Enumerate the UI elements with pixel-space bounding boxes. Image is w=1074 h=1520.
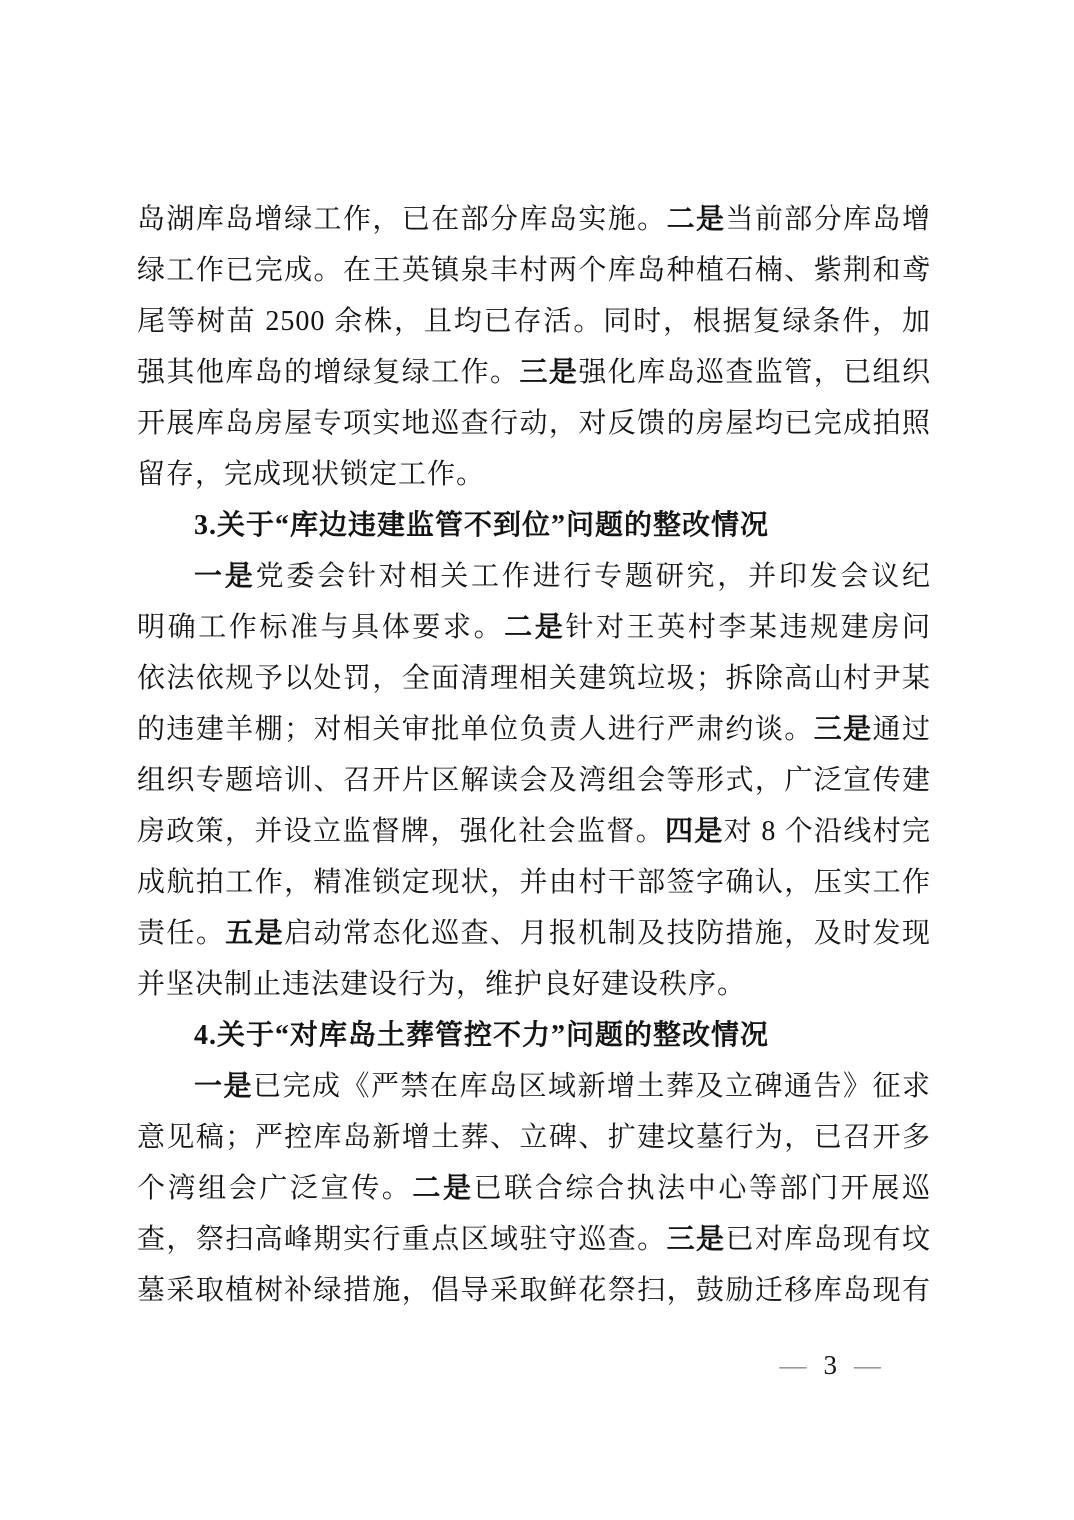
text-line: 房政策，并设立监督牌，强化社会监督。四是对 8 个沿线村完 bbox=[137, 806, 931, 857]
body-text: 对 8 个沿线村完 bbox=[724, 816, 931, 847]
page-number-dash-right: — bbox=[854, 1350, 881, 1380]
text-line: 岛湖库岛增绿工作，已在部分库岛实施。二是当前部分库岛增 bbox=[137, 194, 931, 245]
body-text: 责任。 bbox=[137, 918, 225, 949]
emphasis-text: 一是 bbox=[194, 1071, 253, 1102]
section-heading: 4.关于“对库岛土葬管控不力”问题的整改情况 bbox=[137, 1010, 931, 1061]
text-line: 一是已完成《严禁在库岛区域新增土葬及立碑通告》征求 bbox=[137, 1061, 931, 1112]
emphasis-text: 三是 bbox=[814, 714, 873, 745]
text-line: 绿工作已完成。在王英镇泉丰村两个库岛种植石楠、紫荆和鸢 bbox=[137, 245, 931, 296]
emphasis-text: 三是 bbox=[667, 1224, 726, 1255]
text-line: 依法依规予以处罚，全面清理相关建筑垃圾；拆除高山村尹某 bbox=[137, 653, 931, 704]
body-text: 组织专题培训、召开片区解读会及湾组会等形式，广泛宣传建 bbox=[137, 765, 931, 796]
body-text: 强其他库岛的增绿复绿工作。 bbox=[137, 357, 519, 388]
body-text: 成航拍工作，精准锁定现状，并由村干部签字确认，压实工作 bbox=[137, 867, 931, 898]
emphasis-text: 三是 bbox=[519, 357, 578, 388]
section-heading: 3.关于“库边违建监管不到位”问题的整改情况 bbox=[137, 500, 931, 551]
emphasis-text: 五是 bbox=[225, 918, 284, 949]
body-text: 已完成《严禁在库岛区域新增土葬及立碑通告》征求 bbox=[253, 1071, 931, 1102]
text-line: 开展库岛房屋专项实地巡查行动，对反馈的房屋均已完成拍照 bbox=[137, 398, 931, 449]
emphasis-text: 3.关于“库边违建监管不到位”问题的整改情况 bbox=[194, 510, 769, 541]
body-text: 已联合综合执法中心等部门开展巡 bbox=[474, 1173, 931, 1204]
body-text: 启动常态化巡查、月报机制及技防措施，及时发现 bbox=[284, 918, 931, 949]
text-line: 明确工作标准与具体要求。二是针对王英村李某违规建房问题， bbox=[137, 602, 931, 653]
body-text: 的违建羊棚；对相关审批单位负责人进行严肃约谈。 bbox=[137, 714, 814, 745]
body-text: 个湾组会广泛宣传。 bbox=[137, 1173, 412, 1204]
emphasis-text: 二是 bbox=[504, 612, 565, 643]
body-text: 开展库岛房屋专项实地巡查行动，对反馈的房屋均已完成拍照 bbox=[137, 408, 931, 439]
emphasis-text: 4.关于“对库岛土葬管控不力”问题的整改情况 bbox=[194, 1020, 769, 1051]
body-text: 并坚决制止违法建设行为，维护良好建设秩序。 bbox=[137, 969, 746, 1000]
body-text: 已对库岛现有坟 bbox=[725, 1224, 931, 1255]
emphasis-text: 四是 bbox=[665, 816, 724, 847]
body-text: 党委会针对相关工作进行专题研究，并印发会议纪要， bbox=[137, 561, 931, 602]
body-text: 明确工作标准与具体要求。 bbox=[137, 612, 504, 643]
text-line: 意见稿；严控库岛新增土葬、立碑、扩建坟墓行为，已召开多 bbox=[137, 1112, 931, 1163]
text-line: 个湾组会广泛宣传。二是已联合综合执法中心等部门开展巡 bbox=[137, 1163, 931, 1214]
text-line: 成航拍工作，精准锁定现状，并由村干部签字确认，压实工作 bbox=[137, 857, 931, 908]
page-footer: —3— bbox=[0, 1349, 881, 1381]
text-line: 并坚决制止违法建设行为，维护良好建设秩序。 bbox=[137, 959, 931, 1010]
body-text: 绿工作已完成。在王英镇泉丰村两个库岛种植石楠、紫荆和鸢 bbox=[137, 255, 931, 286]
text-line: 的违建羊棚；对相关审批单位负责人进行严肃约谈。三是通过 bbox=[137, 704, 931, 755]
page-number: 3 bbox=[824, 1349, 838, 1381]
body-text: 当前部分库岛增 bbox=[725, 204, 931, 235]
body-text: 意见稿；严控库岛新增土葬、立碑、扩建坟墓行为，已召开多 bbox=[137, 1122, 931, 1153]
text-line: 强其他库岛的增绿复绿工作。三是强化库岛巡查监管，已组织 bbox=[137, 347, 931, 398]
text-line: 一是党委会针对相关工作进行专题研究，并印发会议纪要， bbox=[137, 551, 931, 602]
document-page: 岛湖库岛增绿工作，已在部分库岛实施。二是当前部分库岛增绿工作已完成。在王英镇泉丰… bbox=[0, 0, 1074, 1520]
emphasis-text: 二是 bbox=[667, 204, 726, 235]
body-text: 房政策，并设立监督牌，强化社会监督。 bbox=[137, 816, 665, 847]
body-text: 留存，完成现状锁定工作。 bbox=[137, 459, 485, 490]
body-text: 强化库岛巡查监管，已组织 bbox=[578, 357, 931, 388]
body-text: 查，祭扫高峰期实行重点区域驻守巡查。 bbox=[137, 1224, 667, 1255]
body-text: 岛湖库岛增绿工作，已在部分库岛实施。 bbox=[137, 204, 667, 235]
text-line: 查，祭扫高峰期实行重点区域驻守巡查。三是已对库岛现有坟 bbox=[137, 1214, 931, 1265]
document-body: 岛湖库岛增绿工作，已在部分库岛实施。二是当前部分库岛增绿工作已完成。在王英镇泉丰… bbox=[137, 194, 931, 1316]
body-text: 墓采取植树补绿措施，倡导采取鲜花祭扫，鼓励迁移库岛现有 bbox=[137, 1275, 931, 1306]
text-line: 责任。五是启动常态化巡查、月报机制及技防措施，及时发现 bbox=[137, 908, 931, 959]
text-line: 墓采取植树补绿措施，倡导采取鲜花祭扫，鼓励迁移库岛现有 bbox=[137, 1265, 931, 1316]
emphasis-text: 二是 bbox=[412, 1173, 473, 1204]
page-number-dash-left: — bbox=[780, 1350, 807, 1380]
emphasis-text: 一是 bbox=[194, 561, 256, 592]
text-line: 组织专题培训、召开片区解读会及湾组会等形式，广泛宣传建 bbox=[137, 755, 931, 806]
text-line: 留存，完成现状锁定工作。 bbox=[137, 449, 931, 500]
body-text: 通过 bbox=[873, 714, 931, 745]
body-text: 依法依规予以处罚，全面清理相关建筑垃圾；拆除高山村尹某 bbox=[137, 663, 931, 694]
text-line: 尾等树苗 2500 余株，且均已存活。同时，根据复绿条件，加 bbox=[137, 296, 931, 347]
body-text: 尾等树苗 2500 余株，且均已存活。同时，根据复绿条件，加 bbox=[137, 306, 931, 337]
